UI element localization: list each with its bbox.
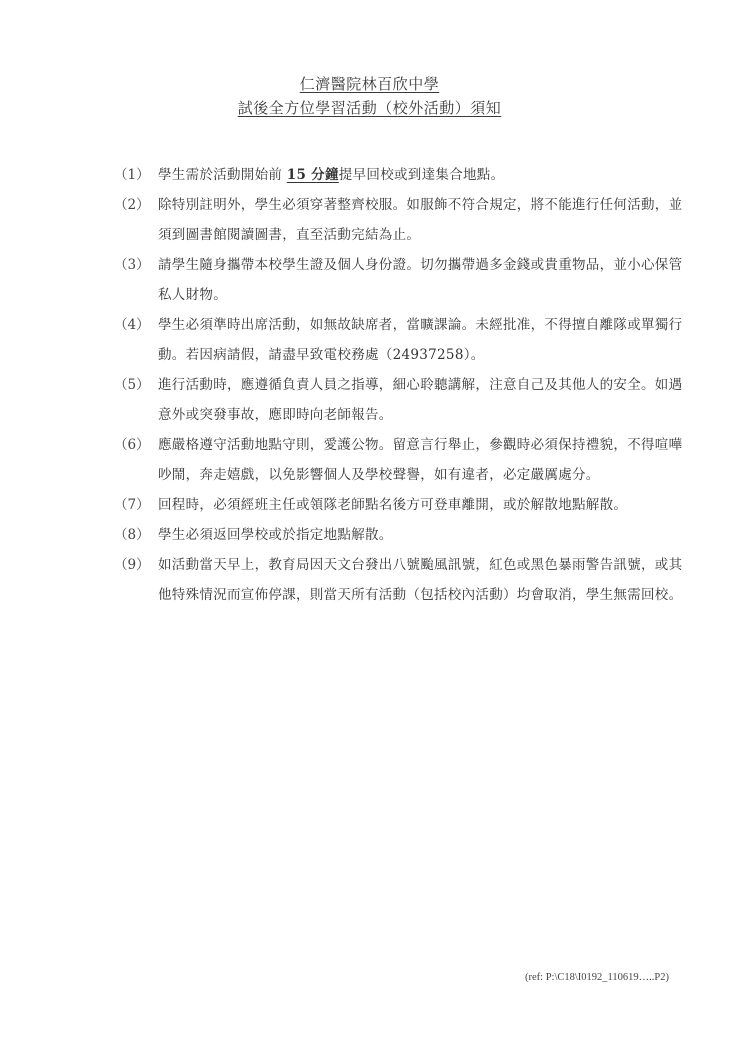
title-block: 仁濟醫院林百欣中學 試後全方位學習活動（校外活動）須知 xyxy=(0,72,739,120)
rule-item-1: （1） 學生需於活動開始前 15 分鐘提早回校或到達集合地點。 xyxy=(114,160,694,190)
rule-item-8: （8） 學生必須返回學校或於指定地點解散。 xyxy=(114,520,694,550)
rule-number: （8） xyxy=(114,520,158,550)
school-name-text: 仁濟醫院林百欣中學 xyxy=(300,75,440,93)
footer-reference: (ref: P:\C18\I0192_110619…..P2) xyxy=(525,972,669,983)
rule-item-9: （9） 如活動當天早上，教育局因天文台發出八號颱風訊號，紅色或黑色暴雨警告訊號，… xyxy=(114,550,694,610)
rule-text: 應嚴格遵守活動地點守則，愛護公物。留意言行舉止，參觀時必須保持禮貌，不得喧嘩吵鬧… xyxy=(158,430,694,490)
rule-text: 進行活動時，應遵循負責人員之指導，細心聆聽講解，注意自己及其他人的安全。如遇意外… xyxy=(158,370,694,430)
document-title: 試後全方位學習活動（校外活動）須知 xyxy=(0,96,739,120)
rule-item-5: （5） 進行活動時，應遵循負責人員之指導，細心聆聽講解，注意自己及其他人的安全。… xyxy=(114,370,694,430)
rule-number: （2） xyxy=(114,190,158,250)
rule-number: （4） xyxy=(114,310,158,370)
rule-number: （1） xyxy=(114,160,158,190)
rules-list: （1） 學生需於活動開始前 15 分鐘提早回校或到達集合地點。 （2） 除特別註… xyxy=(114,160,694,610)
rule-item-3: （3） 請學生隨身攜帶本校學生證及個人身份證。切勿攜帶過多金錢或貴重物品，並小心… xyxy=(114,250,694,310)
document-title-text: 試後全方位學習活動（校外活動）須知 xyxy=(238,99,502,117)
rule-text: 回程時，必須經班主任或領隊老師點名後方可登車離開，或於解散地點解散。 xyxy=(158,490,694,520)
rule-number: （5） xyxy=(114,370,158,430)
rule-number: （3） xyxy=(114,250,158,310)
rule-number: （6） xyxy=(114,430,158,490)
rule-text: 除特別註明外，學生必須穿著整齊校服。如服飾不符合規定，將不能進行任何活動，並須到… xyxy=(158,190,694,250)
rule-text: 學生必須返回學校或於指定地點解散。 xyxy=(158,520,694,550)
rule-text: 如活動當天早上，教育局因天文台發出八號颱風訊號，紅色或黑色暴雨警告訊號，或其他特… xyxy=(158,550,694,610)
rule-text: 學生需於活動開始前 15 分鐘提早回校或到達集合地點。 xyxy=(158,160,694,190)
rule-text: 學生必須準時出席活動，如無故缺席者，當曠課論。未經批准，不得擅自離隊或單獨行動。… xyxy=(158,310,694,370)
rule-item-4: （4） 學生必須準時出席活動，如無故缺席者，當曠課論。未經批准，不得擅自離隊或單… xyxy=(114,310,694,370)
rule-number: （7） xyxy=(114,490,158,520)
rule-item-2: （2） 除特別註明外，學生必須穿著整齊校服。如服飾不符合規定，將不能進行任何活動… xyxy=(114,190,694,250)
rule-number: （9） xyxy=(114,550,158,610)
school-name: 仁濟醫院林百欣中學 xyxy=(0,72,739,96)
document-page: 仁濟醫院林百欣中學 試後全方位學習活動（校外活動）須知 （1） 學生需於活動開始… xyxy=(0,0,739,1046)
rule-item-7: （7） 回程時，必須經班主任或領隊老師點名後方可登車離開，或於解散地點解散。 xyxy=(114,490,694,520)
rule-item-6: （6） 應嚴格遵守活動地點守則，愛護公物。留意言行舉止，參觀時必須保持禮貌，不得… xyxy=(114,430,694,490)
rule-text-part: 學生需於活動開始前 xyxy=(158,167,287,183)
emphasis-time: 15 分鐘 xyxy=(287,167,339,183)
rule-text: 請學生隨身攜帶本校學生證及個人身份證。切勿攜帶過多金錢或貴重物品，並小心保管私人… xyxy=(158,250,694,310)
rule-text-part: 提早回校或到達集合地點。 xyxy=(339,167,505,183)
